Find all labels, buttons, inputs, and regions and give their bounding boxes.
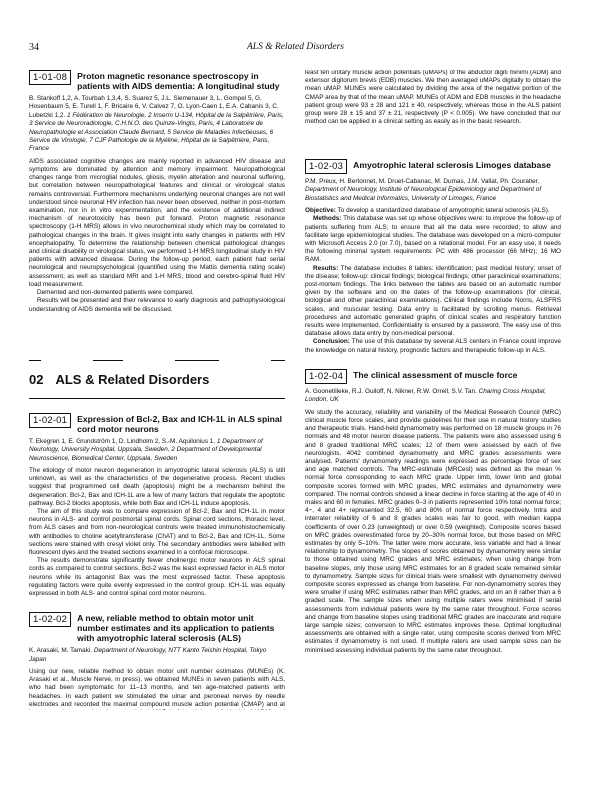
paragraph: Using our new, reliable method to obtain… bbox=[29, 668, 285, 710]
abstract-authors: A. Goonetilleke, R.J. Guiloff, N. Nikner… bbox=[305, 388, 561, 405]
abstract-authors: K. Arasaki, M. Tamaki. Department of Neu… bbox=[29, 647, 285, 664]
paragraph-conclusion: Conclusion: The use of this database by … bbox=[305, 338, 561, 354]
paragraph-label: Results: bbox=[313, 265, 338, 272]
right-column: Using our new, reliable method to obtain… bbox=[305, 70, 561, 665]
paragraph: We study the accuracy, reliability and v… bbox=[305, 409, 561, 655]
paragraph-label: Objective: bbox=[305, 207, 336, 214]
author-list: P.M. Preux, H. Bertonnet, M. Druet-Caban… bbox=[305, 178, 539, 185]
section-heading: 02ALS & Related Disorders bbox=[29, 372, 285, 388]
abstract-authors: P.M. Preux, H. Bertonnet, M. Druet-Caban… bbox=[305, 178, 561, 203]
abstract-body: AIDS associated cognitive changes are ma… bbox=[29, 158, 285, 314]
abstract-title: A new, reliable method to obtain motor u… bbox=[77, 612, 285, 643]
author-list: K. Arasaki, M. Tamaki. bbox=[29, 647, 92, 654]
abstract-id: 1-02-02 bbox=[29, 612, 71, 627]
abstract-id: 1-02-04 bbox=[305, 369, 347, 384]
left-column: 1-01-08 Proton magnetic resonance spectr… bbox=[29, 70, 285, 720]
abstract-1-02-02: 1-02-02 A new, reliable method to obtain… bbox=[29, 612, 285, 710]
section-rule bbox=[29, 398, 285, 399]
running-head: ALS & Related Disorders bbox=[29, 42, 562, 52]
paragraph: The etiology of motor neuron degeneratio… bbox=[29, 467, 285, 508]
paragraph-text: This database was set up whose objective… bbox=[305, 215, 561, 263]
abstract-title: The clinical assessment of muscle force bbox=[353, 369, 517, 380]
abstract-body: We study the accuracy, reliability and v… bbox=[305, 409, 561, 655]
abstract-1-02-02-continued: Using our new, reliable method to obtain… bbox=[305, 70, 561, 143]
abstract-id: 1-02-01 bbox=[29, 413, 71, 428]
paragraph-continued: Using our new, reliable method to obtain… bbox=[305, 70, 561, 126]
paragraph-objective: Objective: To develop a standardized dat… bbox=[305, 207, 561, 215]
author-list: T. Ekegren 1, E. Grundström 1, D. Lindho… bbox=[29, 438, 215, 445]
author-list: A. Goonetilleke, R.J. Guiloff, N. Nikner… bbox=[305, 388, 477, 395]
decorative-rule bbox=[29, 360, 285, 362]
paragraph-results: Results: The database includes 8 tables:… bbox=[305, 265, 561, 339]
section-number: 02 bbox=[29, 372, 43, 387]
page-header: 34 ALS & Related Disorders bbox=[29, 42, 562, 56]
paragraph: AIDS associated cognitive changes are ma… bbox=[29, 158, 285, 289]
abstract-authors: B. Stankoff 1,2, A. Tourbah 1,3,4, S. Su… bbox=[29, 95, 285, 154]
abstract-authors: T. Ekegren 1, E. Grundström 1, D. Lindho… bbox=[29, 438, 285, 463]
abstract-id: 1-02-03 bbox=[305, 159, 347, 174]
paragraph: The results demonstrate significantly fe… bbox=[29, 557, 285, 598]
paragraph-text: The database includes 8 tables: identifi… bbox=[305, 265, 561, 338]
paragraph-methods: Methods: This database was set up whose … bbox=[305, 215, 561, 264]
abstract-1-01-08: 1-01-08 Proton magnetic resonance spectr… bbox=[29, 70, 285, 314]
abstract-body: Using our new, reliable method to obtain… bbox=[29, 668, 285, 710]
abstract-title: Amyotrophic lateral sclerosis Limoges da… bbox=[353, 159, 551, 170]
paragraph-text: To develop a standardized database of am… bbox=[338, 207, 550, 214]
affiliations: 1 Fédération de Neurologie, 2 Inserm U-1… bbox=[29, 112, 284, 153]
abstract-title: Proton magnetic resonance spectroscopy i… bbox=[77, 70, 285, 91]
abstract-1-02-04: 1-02-04 The clinical assessment of muscl… bbox=[305, 369, 561, 655]
paragraph: Demented and non-demented patients were … bbox=[29, 289, 285, 297]
paragraph: Results will be presented and their rele… bbox=[29, 297, 285, 313]
paragraph-label: Conclusion: bbox=[313, 338, 350, 345]
abstract-body: The etiology of motor neuron degeneratio… bbox=[29, 467, 285, 598]
abstract-body: Objective: To develop a standardized dat… bbox=[305, 207, 561, 355]
affiliations: Department of Neurology, Institute of Ne… bbox=[305, 186, 541, 201]
paragraph: The aim of this study was to compare exp… bbox=[29, 508, 285, 557]
abstract-id: 1-01-08 bbox=[29, 70, 71, 85]
abstract-1-02-01: 1-02-01 Expression of Bcl-2, Bax and ICH… bbox=[29, 413, 285, 598]
abstract-title: Expression of Bcl-2, Bax and ICH-1L in A… bbox=[77, 413, 285, 434]
section-title: ALS & Related Disorders bbox=[55, 372, 209, 387]
abstract-1-02-03: 1-02-03 Amyotrophic lateral sclerosis Li… bbox=[305, 159, 561, 355]
paragraph-label: Methods: bbox=[313, 215, 341, 222]
